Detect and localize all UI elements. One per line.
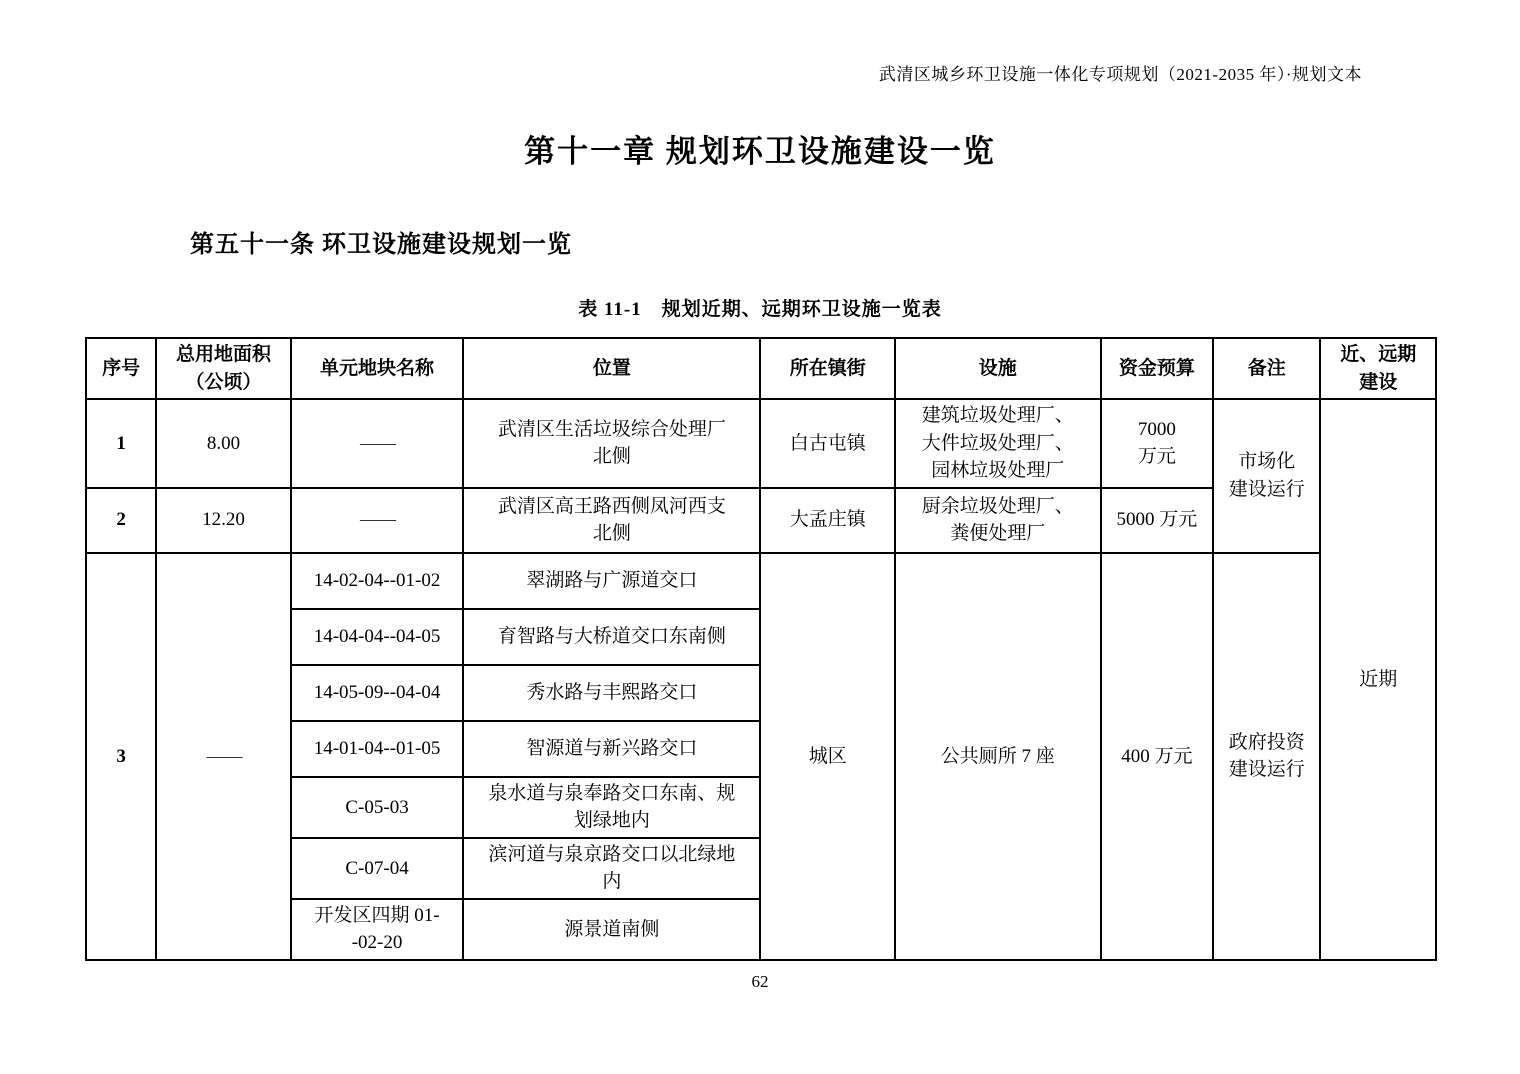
cell-location: 秀水路与丰熙路交口 (463, 665, 760, 721)
col-header-town: 所在镇街 (760, 338, 894, 399)
col-header-phase: 近、远期 建设 (1320, 338, 1436, 399)
cell-town: 城区 (760, 553, 894, 960)
cell-location: 育智路与大桥道交口东南侧 (463, 609, 760, 665)
facility-plan-table: 序号 总用地面积 （公顷） 单元地块名称 位置 所在镇街 设施 资金预算 备注 … (85, 337, 1437, 961)
cell-note: 市场化 建设运行 (1213, 399, 1320, 553)
cell-area: 12.20 (156, 488, 290, 553)
col-header-facility: 设施 (895, 338, 1101, 399)
cell-facility: 公共厕所 7 座 (895, 553, 1101, 960)
cell-location: 武清区高王路西侧凤河西支 北侧 (463, 488, 760, 553)
cell-block: —— (291, 399, 464, 488)
cell-location: 智源道与新兴路交口 (463, 721, 760, 777)
cell-block: —— (291, 488, 464, 553)
cell-town: 白古屯镇 (760, 399, 894, 488)
cell-block: C-07-04 (291, 838, 464, 899)
cell-seq: 3 (86, 553, 156, 960)
cell-budget: 5000 万元 (1101, 488, 1213, 553)
cell-budget: 7000 万元 (1101, 399, 1213, 488)
cell-block: 开发区四期 01- -02-20 (291, 899, 464, 960)
cell-block: 14-05-09--04-04 (291, 665, 464, 721)
cell-seq: 1 (86, 399, 156, 488)
col-header-location: 位置 (463, 338, 760, 399)
cell-block: 14-02-04--01-02 (291, 553, 464, 609)
table-row: 1 8.00 —— 武清区生活垃圾综合处理厂 北侧 白古屯镇 建筑垃圾处理厂、 … (86, 399, 1436, 488)
col-header-area: 总用地面积 （公顷） (156, 338, 290, 399)
page-number: 62 (0, 972, 1520, 992)
cell-area: —— (156, 553, 290, 960)
col-header-block: 单元地块名称 (291, 338, 464, 399)
cell-location: 滨河道与泉京路交口以北绿地 内 (463, 838, 760, 899)
cell-facility: 厨余垃圾处理厂、 粪便处理厂 (895, 488, 1101, 553)
col-header-budget: 资金预算 (1101, 338, 1213, 399)
cell-block: C-05-03 (291, 777, 464, 838)
col-header-note: 备注 (1213, 338, 1320, 399)
cell-area: 8.00 (156, 399, 290, 488)
col-header-seq: 序号 (86, 338, 156, 399)
table-header-row: 序号 总用地面积 （公顷） 单元地块名称 位置 所在镇街 设施 资金预算 备注 … (86, 338, 1436, 399)
table-row: 3 —— 14-02-04--01-02 翠湖路与广源道交口 城区 公共厕所 7… (86, 553, 1436, 609)
cell-note: 政府投资 建设运行 (1213, 553, 1320, 960)
cell-town: 大孟庄镇 (760, 488, 894, 553)
cell-seq: 2 (86, 488, 156, 553)
document-page: 武清区城乡环卫设施一体化专项规划（2021-2035 年）·规划文本 第十一章 … (0, 0, 1520, 1074)
cell-budget: 400 万元 (1101, 553, 1213, 960)
cell-facility: 建筑垃圾处理厂、 大件垃圾处理厂、 园林垃圾处理厂 (895, 399, 1101, 488)
cell-location: 武清区生活垃圾综合处理厂 北侧 (463, 399, 760, 488)
cell-block: 14-04-04--04-05 (291, 609, 464, 665)
cell-location: 泉水道与泉奉路交口东南、规 划绿地内 (463, 777, 760, 838)
cell-phase: 近期 (1320, 399, 1436, 960)
cell-block: 14-01-04--01-05 (291, 721, 464, 777)
table-caption: 表 11-1 规划近期、远期环卫设施一览表 (0, 294, 1520, 321)
cell-location: 翠湖路与广源道交口 (463, 553, 760, 609)
running-header: 武清区城乡环卫设施一体化专项规划（2021-2035 年）·规划文本 (879, 60, 1362, 85)
cell-location: 源景道南侧 (463, 899, 760, 960)
chapter-title: 第十一章 规划环卫设施建设一览 (0, 126, 1520, 171)
section-title: 第五十一条 环卫设施建设规划一览 (190, 224, 572, 259)
